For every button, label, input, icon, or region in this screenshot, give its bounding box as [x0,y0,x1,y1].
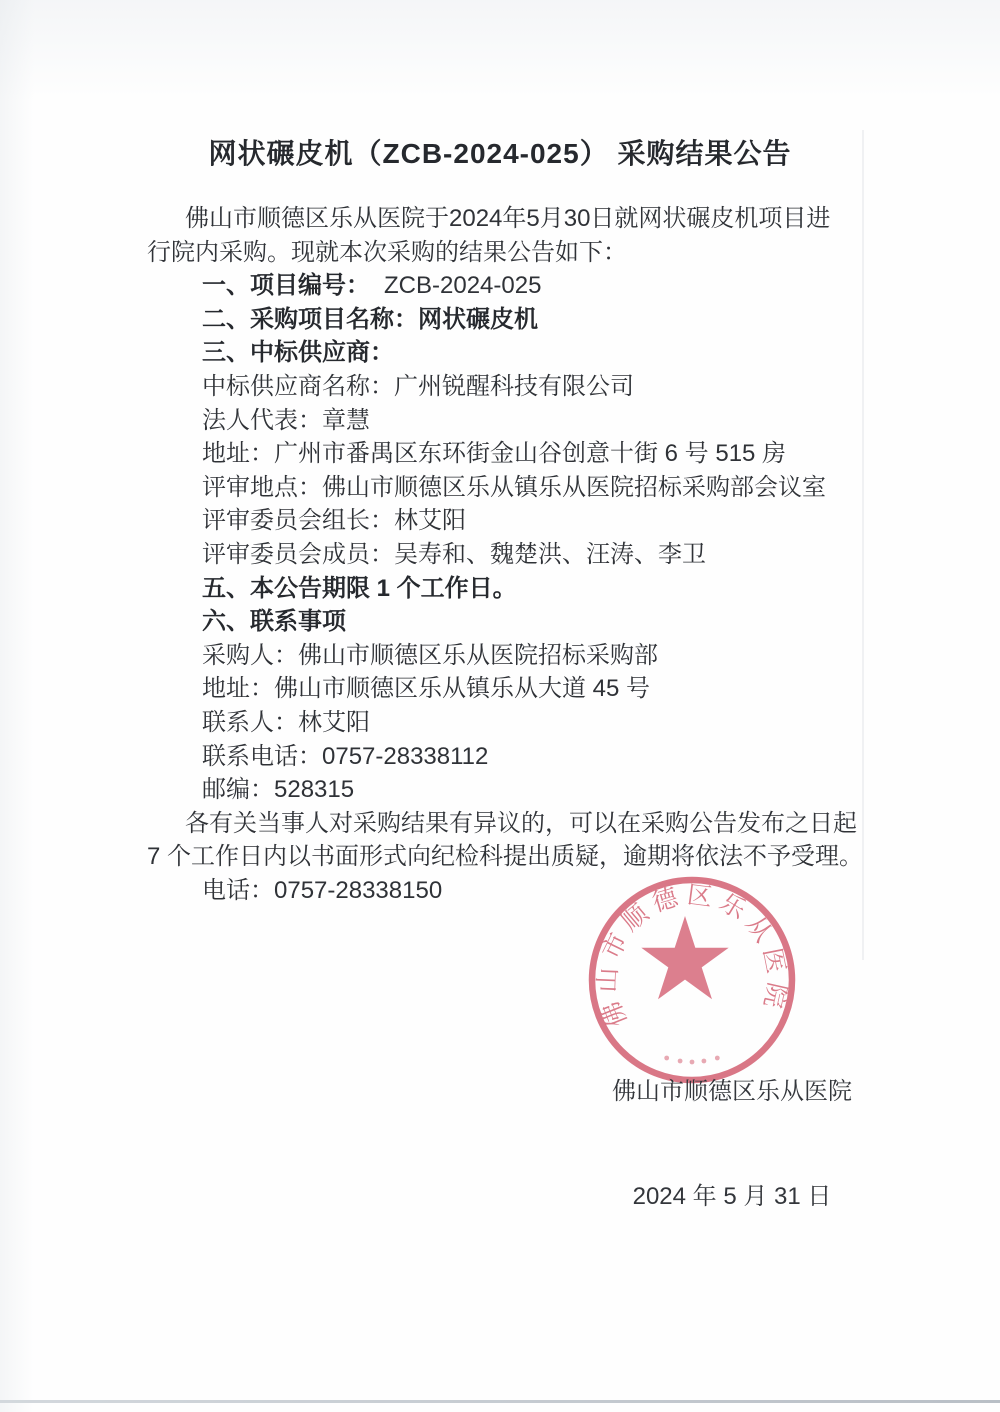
purchaser-address-line: 地址：佛山市顺德区乐从镇乐从大道 45 号 [147,672,877,706]
signature-org: 佛山市顺德区乐从医院 [562,1074,902,1109]
item-project-number: 一、项目编号：ZCB-2024-025 [147,269,877,303]
item-winning-supplier-heading: 三、中标供应商： [147,336,877,370]
objection-line-1: 各有关当事人对采购结果有异议的，可以在采购公告发布之日起 [147,807,877,841]
intro-line-2: 行院内采购。现就本次采购的结果公告如下： [147,236,877,270]
project-number-value: ZCB-2024-025 [384,272,541,299]
document-title: 网状碾皮机（ZCB-2024-025） 采购结果公告 [0,132,1000,172]
objection-line-2: 7 个工作日内以书面形式向纪检科提出质疑，逾期将依法不予受理。 [147,840,877,874]
scan-edge-bottom [0,1400,1000,1403]
scanned-document-page: 网状碾皮机（ZCB-2024-025） 采购结果公告 佛山市顺德区乐从医院于20… [0,0,1000,1412]
contact-phone-line: 联系电话：0757-28338112 [147,740,877,774]
review-committee-leader-line: 评审委员会组长：林艾阳 [147,504,877,538]
item-contact-heading: 六、联系事项 [147,605,877,639]
review-location-line: 评审地点：佛山市顺德区乐从镇乐从医院招标采购部会议室 [147,471,877,505]
document-body: 佛山市顺德区乐从医院于2024年5月30日就网状碾皮机项目进 行院内采购。现就本… [147,202,877,907]
legal-representative-line: 法人代表：章慧 [147,404,877,438]
review-committee-members-line: 评审委员会成员：吴寿和、魏楚洪、汪涛、李卫 [147,538,877,572]
signature-block: 佛山市顺德区乐从医院 2024 年 5 月 31 日 [562,1004,902,1284]
signature-date: 2024 年 5 月 31 日 [562,1179,902,1214]
purchaser-line: 采购人：佛山市顺德区乐从医院招标采购部 [147,639,877,673]
item-project-number-label: 一、项目编号： [202,272,370,299]
contact-person-line: 联系人：林艾阳 [147,706,877,740]
supplier-name-line: 中标供应商名称：广州锐醒科技有限公司 [147,370,877,404]
scan-shadow-top [0,0,1000,100]
item-project-name: 二、采购项目名称：网状碾皮机 [147,303,877,337]
supplier-address-line: 地址：广州市番禺区东环街金山谷创意十街 6 号 515 房 [147,437,877,471]
postal-code-line: 邮编：528315 [147,773,877,807]
star-icon [641,916,728,999]
intro-line-1: 佛山市顺德区乐从医院于2024年5月30日就网状碾皮机项目进 [147,202,877,236]
item-notice-period: 五、本公告期限 1 个工作日。 [147,572,877,606]
scan-shadow-left [0,0,34,1412]
